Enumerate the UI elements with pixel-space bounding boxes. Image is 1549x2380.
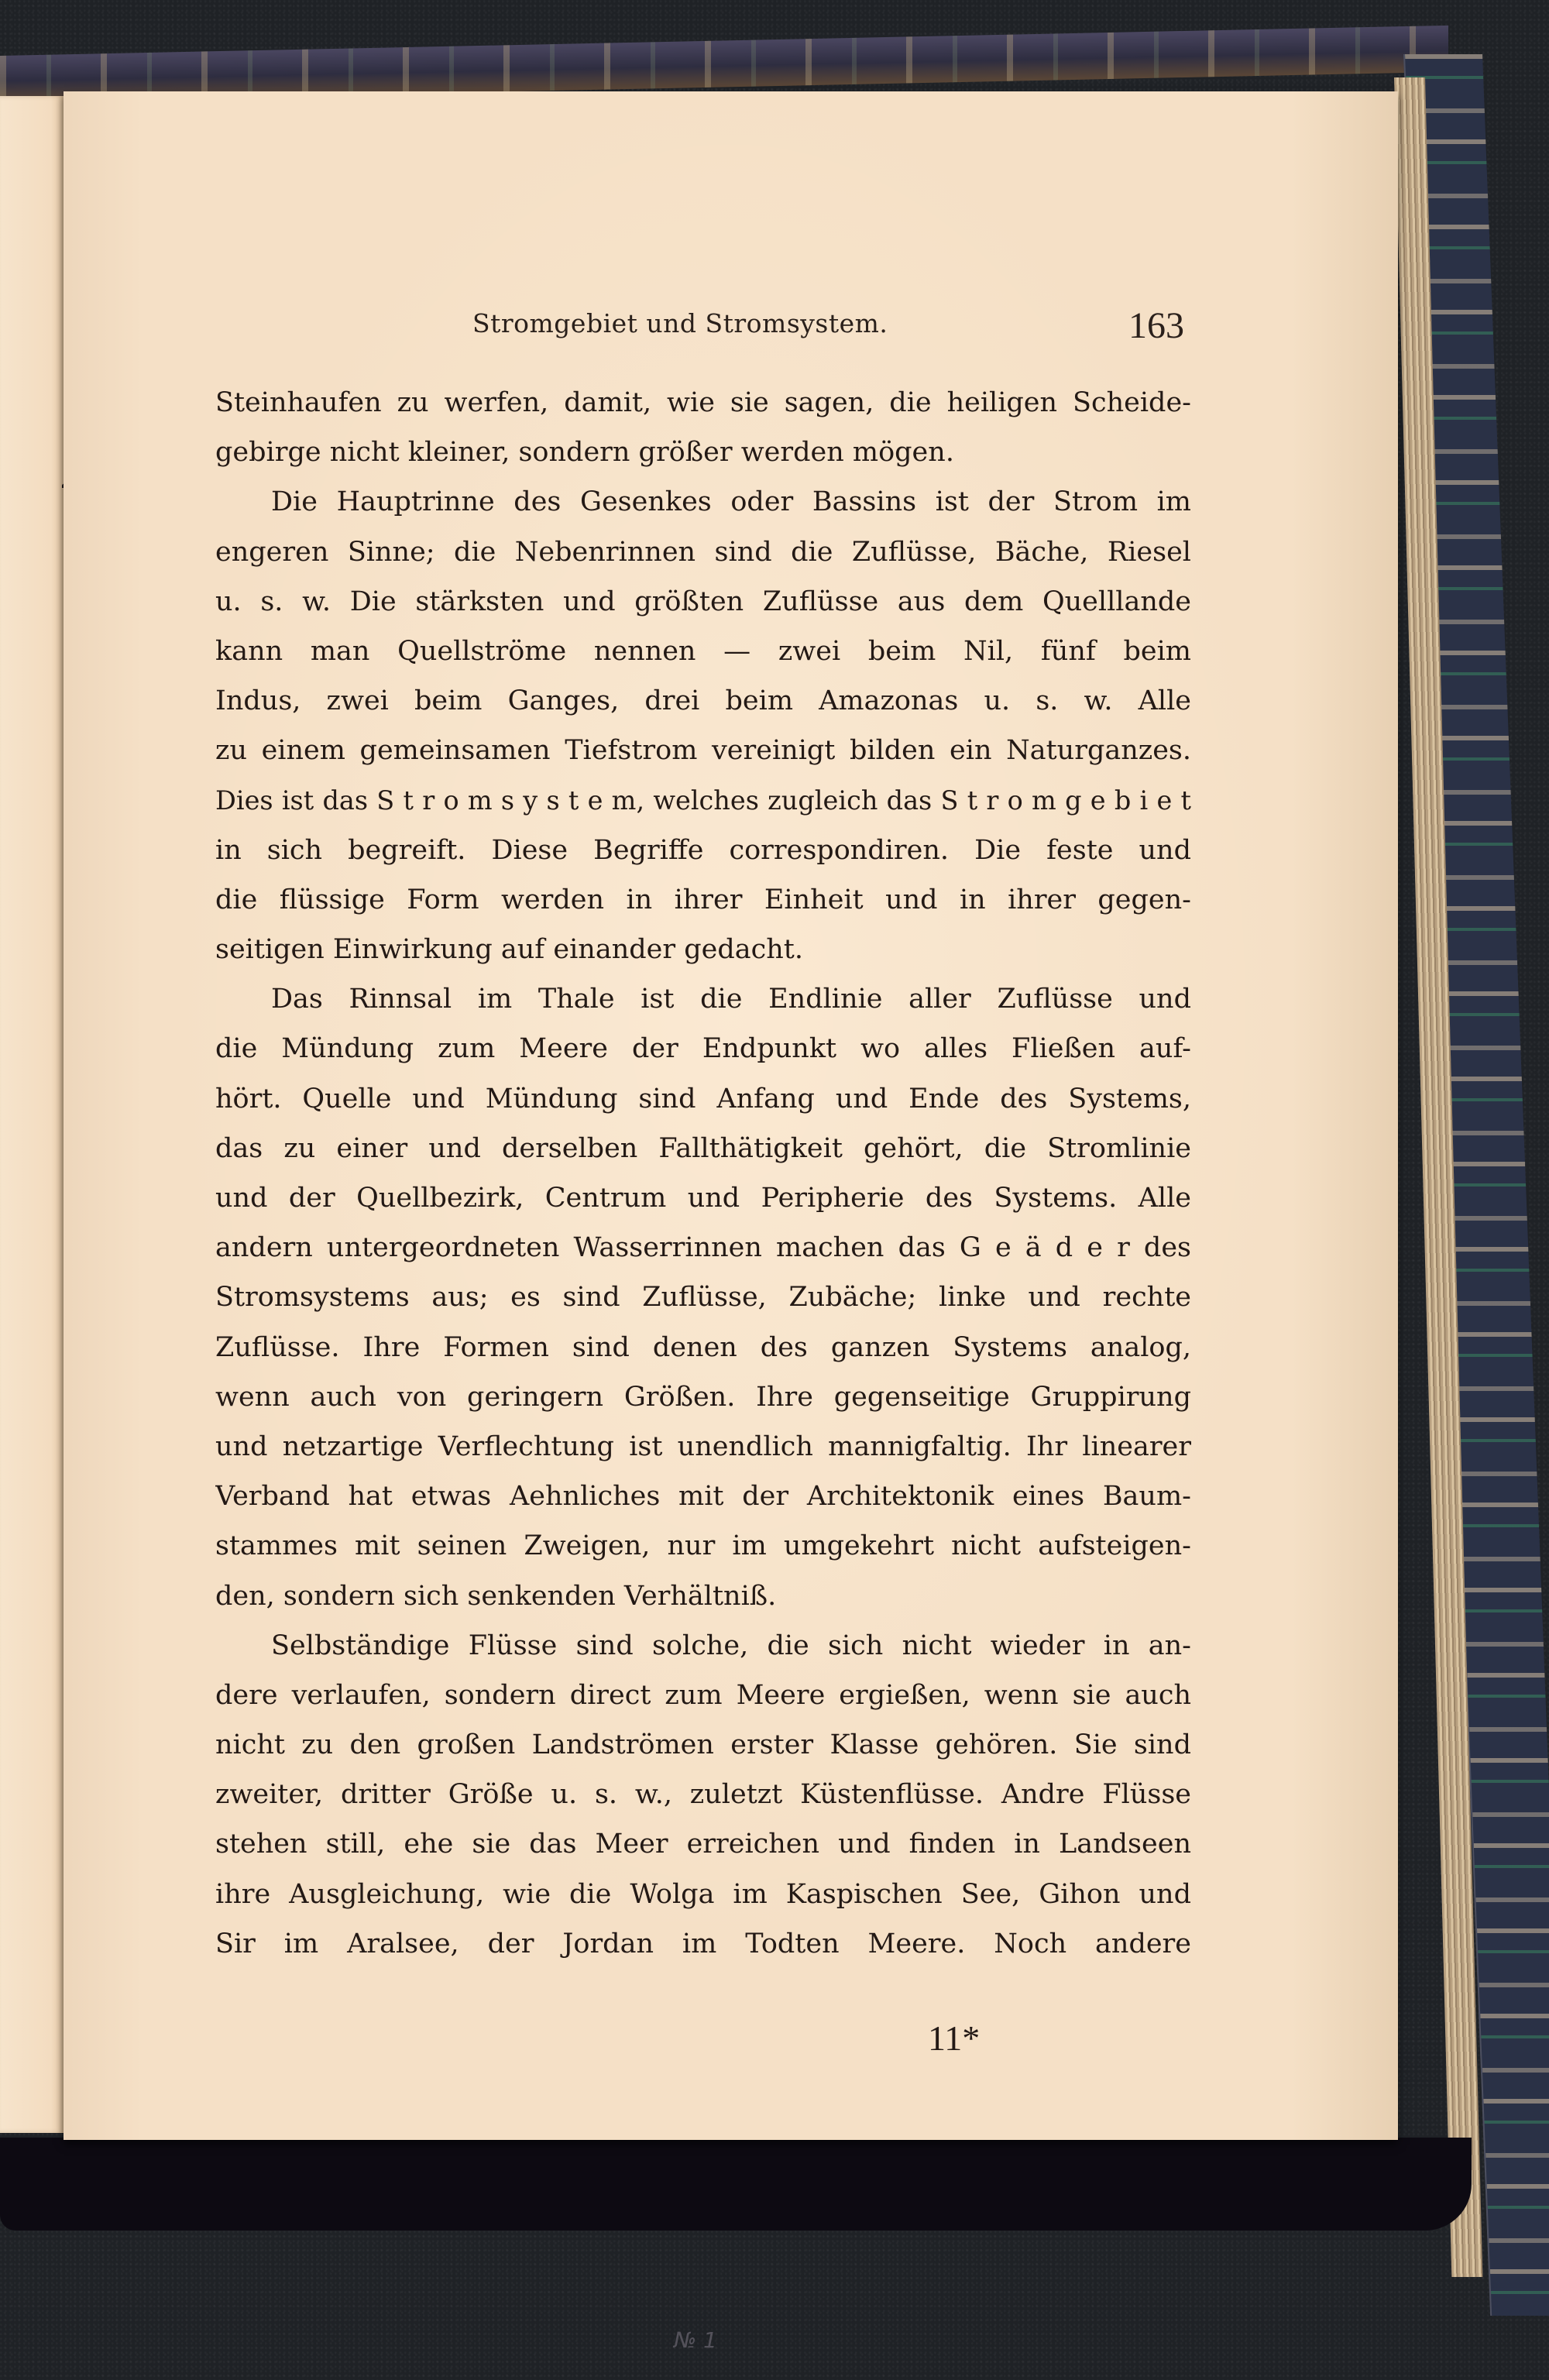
text-line: zweiter, dritter Größe u. s. w., zuletzt… bbox=[215, 1770, 1191, 1819]
text-line: Sir im Aralsee, der Jordan im Todten Mee… bbox=[215, 1919, 1191, 1969]
text-line: kann man Quellströme nennen — zwei beim … bbox=[215, 627, 1191, 676]
left-facing-page bbox=[0, 96, 64, 2133]
text-line: den, sondern sich senkenden Verhältniß. bbox=[215, 1571, 1191, 1621]
book-board-bottom bbox=[0, 2138, 1472, 2231]
text-line: in sich begreift. Diese Begriffe corresp… bbox=[215, 826, 1191, 875]
text-line: Selbständige Flüsse sind solche, die sic… bbox=[215, 1621, 1191, 1671]
text-line: Das Rinnsal im Thale ist die Endlinie al… bbox=[215, 974, 1191, 1024]
text-line: Die Hauptrinne des Gesenkes oder Bassins… bbox=[215, 477, 1191, 527]
text-line: wenn auch von geringern Größen. Ihre geg… bbox=[215, 1372, 1191, 1422]
text-line: andern untergeordneten Wasserrinnen mach… bbox=[215, 1223, 1191, 1272]
text-line: Stromsystems aus; es sind Zuflüsse, Zubä… bbox=[215, 1272, 1191, 1322]
text-line: hört. Quelle und Mündung sind Anfang und… bbox=[215, 1074, 1191, 1124]
text-line: zu einem gemeinsamen Tiefstrom vereinigt… bbox=[215, 726, 1191, 775]
signature-mark: 11* bbox=[928, 2018, 980, 2059]
text-line: und der Quellbezirk, Centrum und Periphe… bbox=[215, 1173, 1191, 1223]
pencil-note: № 1 bbox=[674, 2327, 717, 2353]
running-title: Stromgebiet und Stromsystem. bbox=[472, 308, 888, 338]
text-line: stehen still, ehe sie das Meer erreichen… bbox=[215, 1819, 1191, 1869]
text-line: das zu einer und derselben Fallthätigkei… bbox=[215, 1124, 1191, 1173]
text-line: Verband hat etwas Aehnliches mit der Arc… bbox=[215, 1472, 1191, 1521]
text-line: gebirge nicht kleiner, sondern größer we… bbox=[215, 428, 1191, 477]
text-line: engeren Sinne; die Nebenrinnen sind die … bbox=[215, 527, 1191, 577]
text-line: die Mündung zum Meere der Endpunkt wo al… bbox=[215, 1024, 1191, 1073]
text-line: Steinhaufen zu werfen, damit, wie sie sa… bbox=[215, 378, 1191, 428]
page-number: 163 bbox=[1128, 304, 1184, 347]
text-line: dere verlaufen, sondern direct zum Meere… bbox=[215, 1671, 1191, 1720]
text-line: stammes mit seinen Zweigen, nur im umgek… bbox=[215, 1521, 1191, 1571]
text-line: ihre Ausgleichung, wie die Wolga im Kasp… bbox=[215, 1870, 1191, 1919]
text-line: nicht zu den großen Landströmen erster K… bbox=[215, 1720, 1191, 1770]
text-line: seitigen Einwirkung auf einander gedacht… bbox=[215, 925, 1191, 974]
text-line: die flüssige Form werden in ihrer Einhei… bbox=[215, 875, 1191, 925]
text-line: und netzartige Verflechtung ist unendlic… bbox=[215, 1422, 1191, 1472]
text-line: Dies ist das S t r o m s y s t e m, welc… bbox=[215, 776, 1191, 826]
text-line: Indus, zwei beim Ganges, drei beim Amazo… bbox=[215, 676, 1191, 726]
text-line: u. s. w. Die stärksten und größten Zuflü… bbox=[215, 577, 1191, 627]
text-line: Zuflüsse. Ihre Formen sind denen des gan… bbox=[215, 1323, 1191, 1372]
body-text: Steinhaufen zu werfen, damit, wie sie sa… bbox=[215, 378, 1191, 1969]
